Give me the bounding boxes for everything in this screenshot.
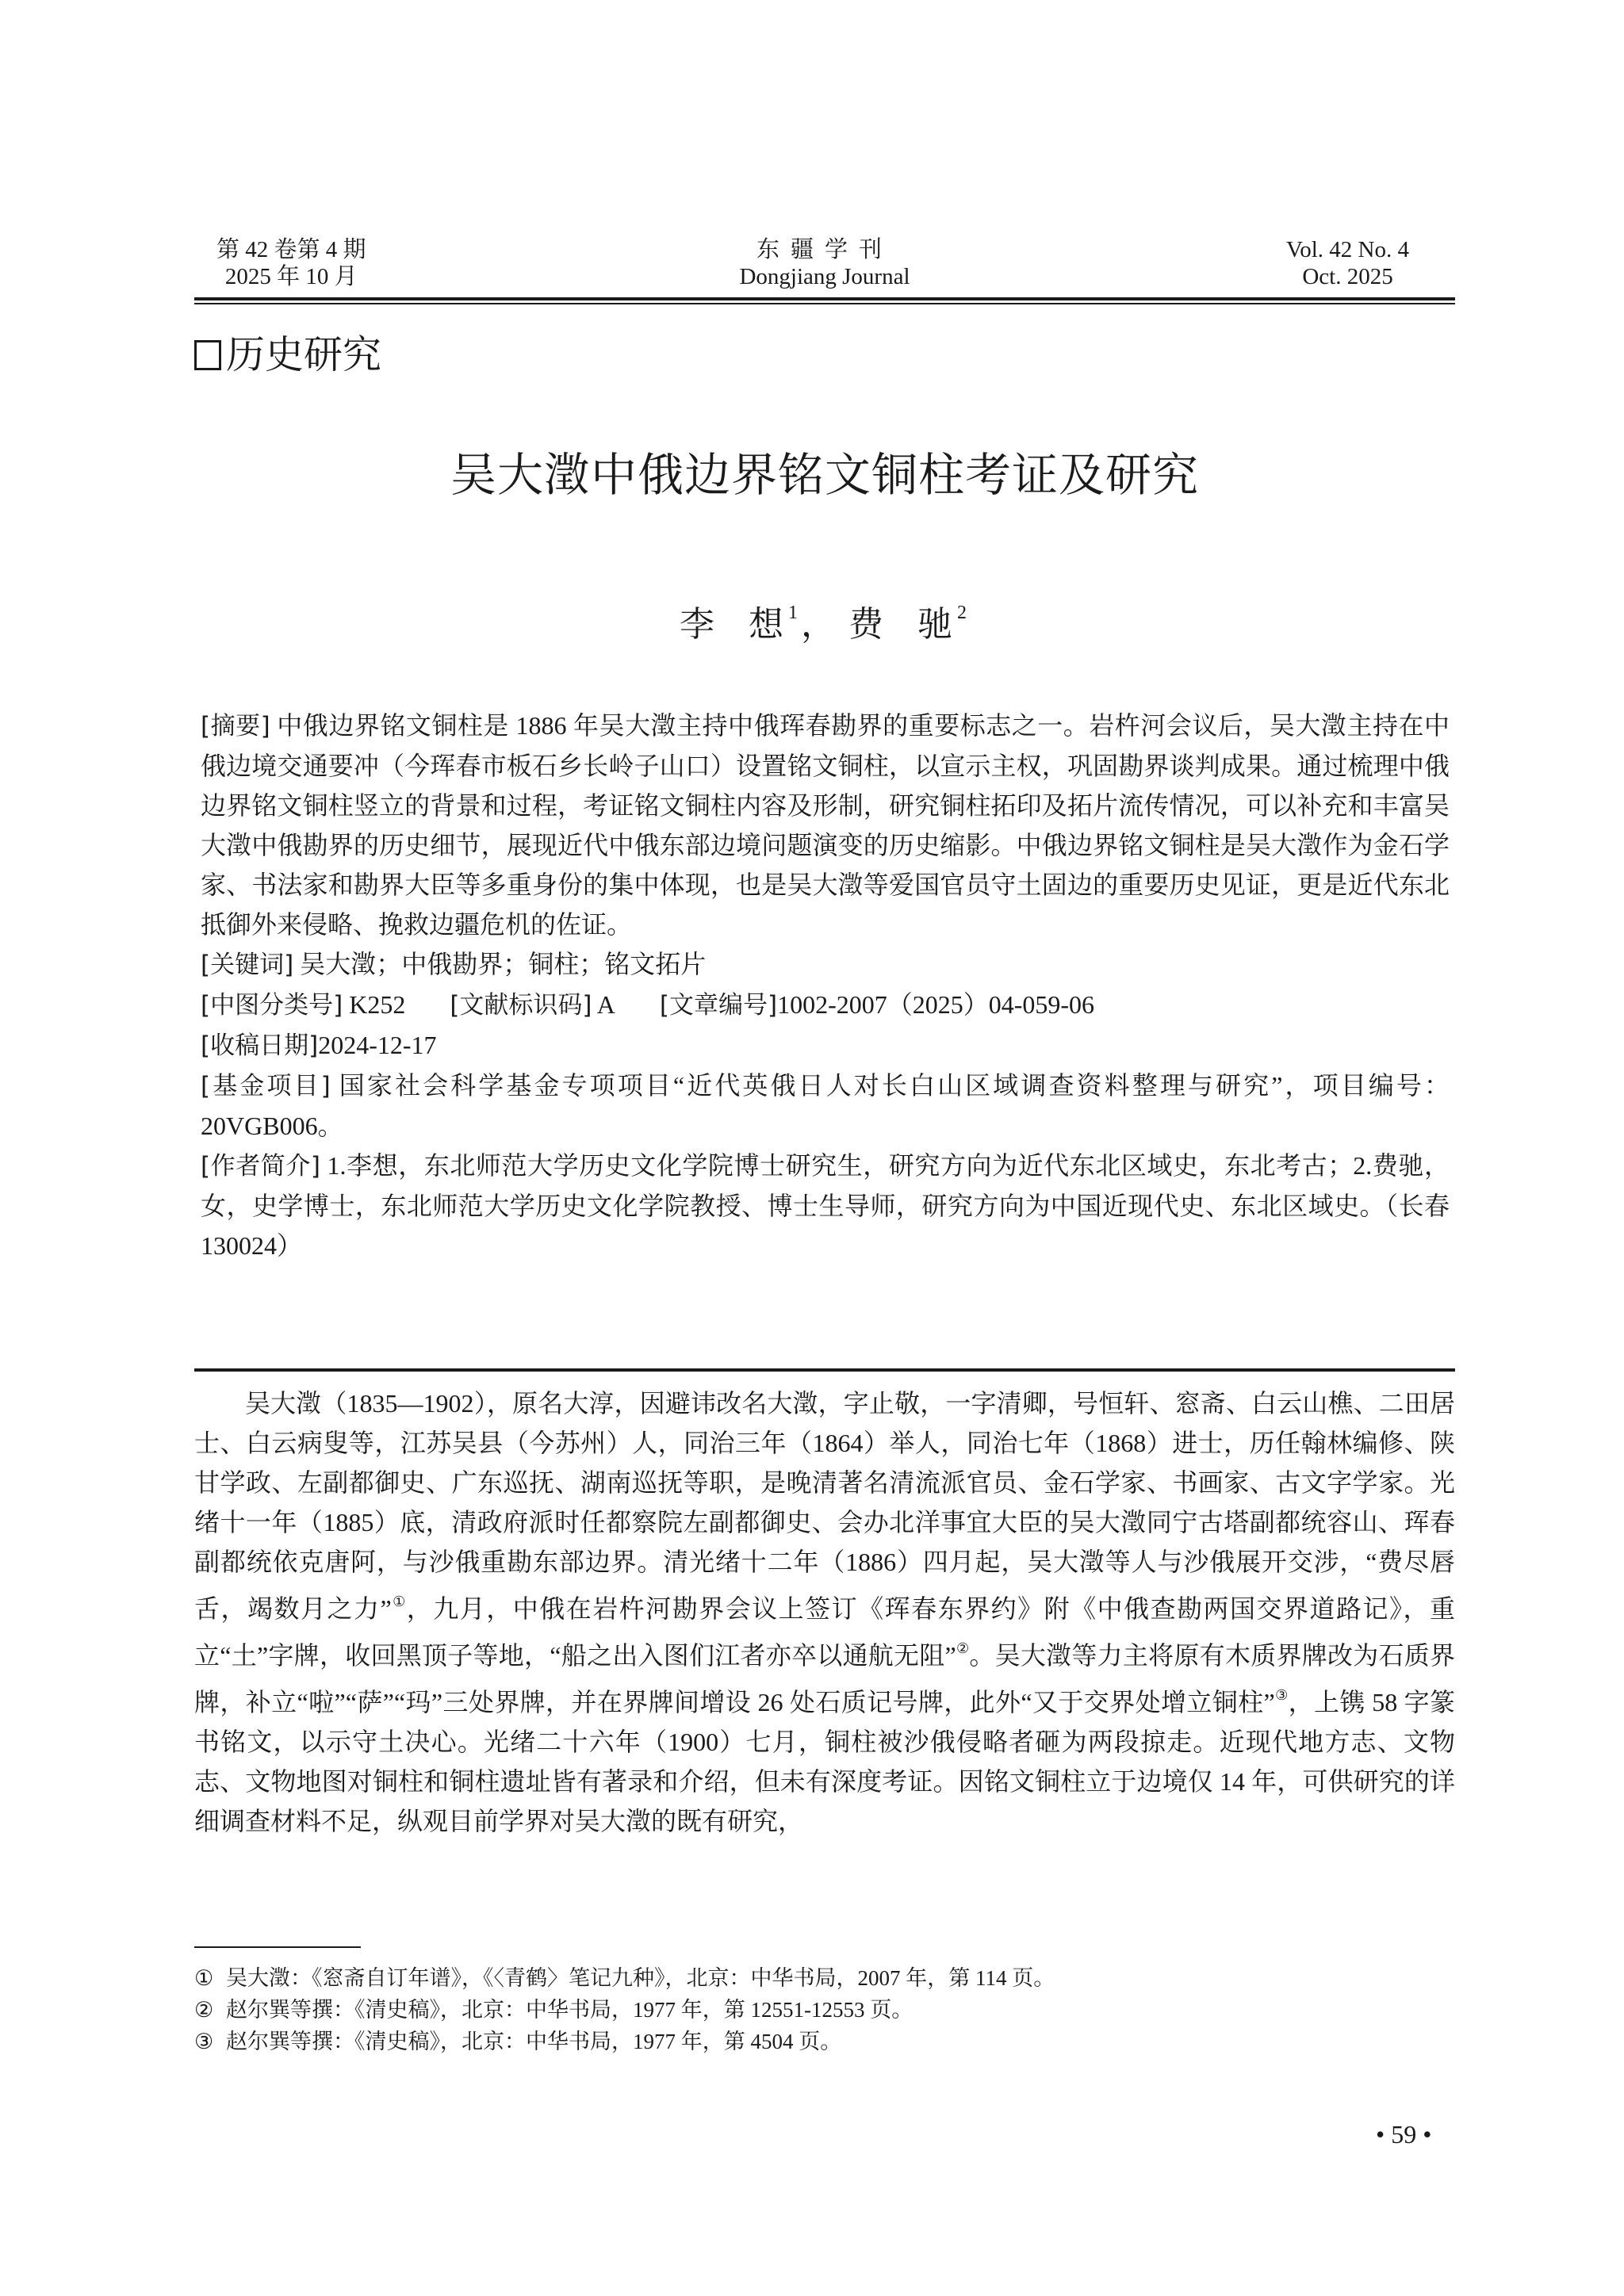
- footnote-number: ①: [194, 1962, 226, 1994]
- footnote-item: ② 赵尔巽等撰：《清史稿》，北京：中华书局，1977 年，第 12551-125…: [194, 1994, 1455, 2026]
- article-no-label: [文章编号]: [660, 991, 777, 1020]
- header-journal-name: 东疆学刊 Dongjiang Journal: [194, 236, 1455, 290]
- classification-row: [中图分类号] K252 [文献标识码] A [文章编号]1002-2007（2…: [201, 985, 1450, 1025]
- footnote-ref[interactable]: ①: [392, 1594, 407, 1609]
- section-label: 历史研究: [194, 331, 381, 379]
- footnote-text: 吴大澂：《窓斋自订年谱》，《〈青鹤〉笔记九种》，北京：中华书局，2007 年，第…: [226, 1962, 1055, 1994]
- footnote-divider: [194, 1946, 361, 1948]
- author-name: 费 驰: [848, 605, 965, 644]
- author-bio-text: 1.李想，东北师范大学历史文化学院博士研究生，研究方向为近代东北区域史，东北考古…: [201, 1151, 1450, 1260]
- fund: [基金项目] 国家社会科学基金专项项目“近代英俄日人对长白山区域调查资料整理与研…: [201, 1066, 1450, 1146]
- abstract-label: [摘要]: [201, 712, 270, 740]
- received-value: 2024-12-17: [318, 1031, 436, 1059]
- doc-code-value: A: [597, 990, 615, 1019]
- abstract-text: 中俄边界铭文铜柱是 1886 年吴大澂主持中俄珲春勘界的重要标志之一。岩杵河会议…: [201, 711, 1450, 939]
- front-matter: [摘要] 中俄边界铭文铜柱是 1886 年吴大澂主持中俄珲春勘界的重要标志之一。…: [201, 706, 1450, 1265]
- keywords-text: 吴大澂；中俄勘界；铜柱；铭文拓片: [300, 950, 706, 978]
- keywords-label: [关键词]: [201, 951, 293, 979]
- body-paragraph: 吴大澂（1835—1902），原名大淳，因避讳改名大澂，字止敬，一字清卿，号恒轩…: [194, 1383, 1455, 1841]
- author-bio-label: [作者简介]: [201, 1152, 320, 1181]
- fund-label: [基金项目]: [201, 1072, 331, 1100]
- received-label: [收稿日期]: [201, 1031, 318, 1060]
- header-volume-english: Vol. 42 No. 4 Oct. 2025: [1286, 236, 1409, 290]
- author-bio: [作者简介] 1.李想，东北师范大学历史文化学院博士研究生，研究方向为近代东北区…: [201, 1146, 1450, 1265]
- author-affiliation: 2: [957, 603, 967, 623]
- keywords: [关键词] 吴大澂；中俄勘界；铜柱；铭文拓片: [201, 944, 1450, 985]
- fund-text: 国家社会科学基金专项项目“近代英俄日人对长白山区域调查资料整理与研究”，项目编号…: [201, 1071, 1450, 1140]
- footnote-item: ① 吴大澂：《窓斋自订年谱》，《〈青鹤〉笔记九种》，北京：中华书局，2007 年…: [194, 1962, 1455, 1994]
- square-box-icon: [194, 340, 221, 370]
- footnote-number: ②: [194, 1994, 226, 2026]
- footnote-text: 赵尔巽等撰：《清史稿》，北京：中华书局，1977 年，第 12551-12553…: [226, 1994, 913, 2026]
- page-number: • 59 •: [1376, 2118, 1431, 2150]
- header-double-rule: [194, 297, 1455, 304]
- body-divider: [194, 1368, 1455, 1372]
- abstract: [摘要] 中俄边界铭文铜柱是 1886 年吴大澂主持中俄珲春勘界的重要标志之一。…: [201, 706, 1450, 944]
- footnote-item: ③ 赵尔巽等撰：《清史稿》，北京：中华书局，1977 年，第 4504 页。: [194, 2026, 1455, 2057]
- footnote-number: ③: [194, 2026, 226, 2057]
- author-name: 李 想: [680, 605, 796, 644]
- footnote-text: 赵尔巽等撰：《清史稿》，北京：中华书局，1977 年，第 4504 页。: [226, 2026, 841, 2057]
- body-text: 吴大澂（1835—1902），原名大淳，因避讳改名大澂，字止敬，一字清卿，号恒轩…: [194, 1383, 1455, 1841]
- doc-code-label: [文献标识码]: [450, 991, 592, 1020]
- article-title: 吴大澂中俄边界铭文铜柱考证及研究: [194, 448, 1455, 503]
- author-affiliation: 1: [788, 603, 798, 623]
- classification-value: K252: [349, 990, 405, 1019]
- footnotes: ① 吴大澂：《窓斋自订年谱》，《〈青鹤〉笔记九种》，北京：中华书局，2007 年…: [194, 1962, 1455, 2057]
- classification-label: [中图分类号]: [201, 991, 343, 1020]
- running-header: 第 42 卷第 4 期 2025 年 10 月 东疆学刊 Dongjiang J…: [194, 236, 1455, 293]
- received-date: [收稿日期]2024-12-17: [201, 1025, 1450, 1066]
- article-no-value: 1002-2007（2025）04-059-06: [777, 990, 1094, 1019]
- footnote-ref[interactable]: ②: [956, 1640, 970, 1656]
- footnote-ref[interactable]: ③: [1275, 1687, 1289, 1703]
- author-line: 李 想1，费 驰2: [194, 591, 1455, 647]
